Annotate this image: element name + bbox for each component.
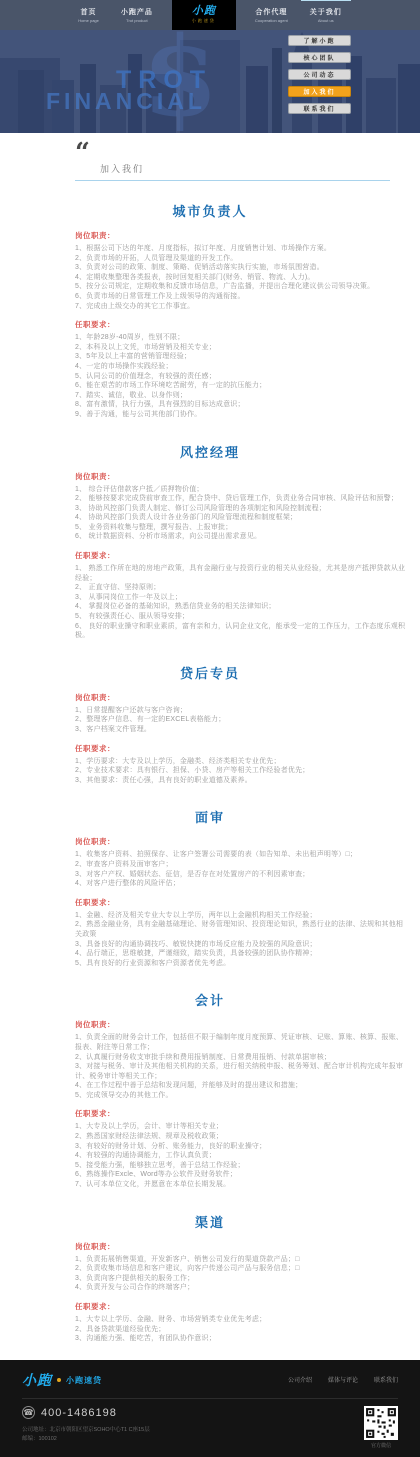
job-title: 风控经理 [0,442,420,461]
requirements-block: 任职要求：1、学历要求：大专及以上学历，金融类、经济类相关专业优先；2、专业技术… [75,743,408,786]
duties-heading: 岗位职责： [75,1019,408,1030]
requirements-item: 7、踏实、诚信，敬业、以身作则； [75,391,408,401]
requirements-item: 4、有较强的沟通协调能力，工作认真负责； [75,1151,408,1161]
requirements-item: 3、有较好的财务计划、分析、账务能力，良好的职业操守； [75,1142,408,1152]
qr-code-block: 官方微信 [364,1406,398,1449]
requirements-item: 2、本科及以上文凭，市场营销及相关专业； [75,343,408,353]
hero-menu-item-1[interactable]: 核心团队 [288,52,351,63]
duties-item: 1、 综合评估借款客户抵／质押物价值； [75,485,408,495]
nav-item-home[interactable]: 首页 Home page [75,5,102,25]
duties-item: 4、对客户进行整体的风险评估； [75,879,408,889]
qr-caption: 官方微信 [364,1442,398,1449]
page: 首页 Home page 小跑产品 Trot product 小跑 小跑速贷 合… [0,0,420,1457]
duties-item: 3、客户档案文件管理。 [75,725,408,735]
duties-item: 3、负责向客户提供相关的服务工作； [75,1274,408,1284]
hotline-number: 400-1486198 [41,1407,117,1419]
duties-item: 6、 统计数据资料、分析市场需求，向公司提出需求意见。 [75,532,408,542]
requirements-item: 4、一定的市场操作实践经验； [75,362,408,372]
nav-item-sublabel: Trot product [121,18,153,23]
nav-item-agents[interactable]: 合作代理 Cooperation agent [252,5,291,25]
requirements-item: 2、具备贷款渠道经验优先； [75,1325,408,1335]
hero-menu: 了解小跑核心团队公司动态加入我们联系我们 [288,35,351,114]
duties-item: 1、负责全面的财务会计工作，包括但不限于编制年度月度预算、凭证审核、记账、算账、… [75,1033,408,1052]
requirements-item: 1、金融、经济及相关专业大专以上学历，两年以上金融机构相关工作经验； [75,911,408,921]
duties-item: 2、 能够按要求完成贷前审查工作，配合贷中、贷后管理工作，负责业务合同审核、风险… [75,494,408,504]
requirements-item: 1、大专及以上学历，会计、审计等相关专业； [75,1122,408,1132]
duties-heading: 岗位职责： [75,1241,408,1252]
requirements-heading: 任职要求： [75,319,408,330]
nav-item-sublabel: About us [310,18,342,23]
footer-link-media[interactable]: 媒体与评论 [328,1375,358,1384]
nav-item-label: 关于我们 [310,7,342,17]
brand-logo-mark: 小跑 [192,6,216,17]
requirements-item: 3、具备良好的沟通协调技巧、敏锐快捷的市场反应能力及较强的风险意识； [75,940,408,950]
nav-item-sublabel: Cooperation agent [255,18,288,23]
requirements-item: 4、品行端正，思维敏捷，严谨细致，踏实负责，具备较强的团队协作精神； [75,949,408,959]
requirements-item: 3、其他要求：责任心强，具有良好的职业道德及素养。 [75,776,408,786]
brand-logo-word: 小跑速贷 [192,18,216,24]
duties-item: 1、日常提醒客户还款与客户咨询； [75,706,408,716]
address-line: 公司地址：北京市朝阳区望京SOHO中心T1 C座15层 [22,1426,150,1435]
duties-item: 1、根据公司下达的年度、月度指标，拟订年度、月度销售计划、市场操作方案。 [75,244,408,254]
hero-menu-item-3-active[interactable]: 加入我们 [288,86,351,97]
duties-block: 岗位职责：1、负责全面的财务会计工作，包括但不限于编制年度月度预算、凭证审核、记… [75,1019,408,1100]
main-content: “ 加入我们 城市负责人岗位职责：1、根据公司下达的年度、月度指标，拟订年度、月… [0,133,420,1360]
requirements-item: 5、接受能力强，能够独立思考，善于总结工作经验； [75,1161,408,1171]
duties-block: 岗位职责：1、负责拓展销售渠道，开发新客户、销售公司发行的渠道贷款产品；□2、负… [75,1241,408,1293]
requirements-item: 1、学历要求：大专及以上学历，金融类、经济类相关专业优先； [75,757,408,767]
duties-heading: 岗位职责： [75,471,408,482]
page-header: “ 加入我们 [75,146,390,181]
duties-item: 2、认真履行财务收支审批手续和费用报销制度、日常费用报销、付款单据审核； [75,1053,408,1063]
requirements-heading: 任职要求： [75,897,408,908]
footer-contact-block: ☎ 400-1486198 公司地址：北京市朝阳区望京SOHO中心T1 C座15… [22,1406,150,1444]
requirements-item: 9、善于沟通，能与公司其他部门协作。 [75,410,408,420]
hotline: ☎ 400-1486198 [22,1406,150,1419]
requirements-block: 任职要求：1、金融、经济及相关专业大专以上学历，两年以上金融机构相关工作经验；2… [75,897,408,969]
duties-block: 岗位职责：1、 综合评估借款客户抵／质押物价值；2、 能够按要求完成贷前审查工作… [75,471,408,543]
footer: 小跑 小跑速贷 公司介绍 媒体与评论 联系我们 ☎ 400-1486198 公司… [0,1360,420,1457]
footer-address: 公司地址：北京市朝阳区望京SOHO中心T1 C座15层 邮编：100102 [22,1426,150,1444]
duties-item: 1、负责拓展销售渠道，开发新客户、销售公司发行的渠道贷款产品；□ [75,1255,408,1265]
requirements-block: 任职要求：1、年龄28岁-40周岁，性别不限；2、本科及以上文凭，市场营销及相关… [75,319,408,419]
duties-item: 5、完成领导交办的其他工作。 [75,1091,408,1101]
hero-watermark-financial: FINANCIAL [46,88,206,115]
footer-logo[interactable]: 小跑 小跑速贷 [22,1370,102,1390]
duties-block: 岗位职责：1、日常提醒客户还款与客户咨询；2、整理客户信息、有一定的EXCEL表… [75,692,408,735]
hero-menu-item-0[interactable]: 了解小跑 [288,35,351,46]
nav-item-about-active[interactable]: 关于我们 About us [307,5,345,25]
requirements-item: 3、沟通能力强、能吃苦，有团队协作意识； [75,1334,408,1344]
requirements-item: 5、 有较强责任心、服从领导安排； [75,612,408,622]
page-title: 加入我们 [100,162,390,175]
requirements-block: 任职要求：1、大专及以上学历，会计、审计等相关专业；2、熟悉国家财经法律法规、规… [75,1108,408,1189]
requirements-item: 2、专业技术要求：具有银行、担保、小贷、房产等相关工作经验者优先； [75,766,408,776]
requirements-item: 4、 掌握岗位必备的基础知识，熟悉信贷业务的相关法律知识； [75,602,408,612]
requirements-item: 6、熟练操作Excle、Word等办公软件及财务软件； [75,1170,408,1180]
requirements-item: 1、 熟悉工作所在地的房地产政策，具有金融行业与投资行业的相关从业经验，尤其是房… [75,564,408,583]
job-section: 会计岗位职责：1、负责全面的财务会计工作，包括但不限于编制年度月度预算、凭证审核… [0,990,420,1189]
requirements-heading: 任职要求： [75,1301,408,1312]
duties-item: 4、定期收集整理各类报表，按时回复相关部门(财务、销管、物流、人力)。 [75,273,408,283]
job-sections: 城市负责人岗位职责：1、根据公司下达的年度、月度指标，拟订年度、月度销售计划、市… [0,201,420,1344]
duties-item: 4、在工作过程中善于总结和发现问题，并能够及时的提出建议和措施； [75,1081,408,1091]
duties-item: 2、整理客户信息、有一定的EXCEL表格能力； [75,715,408,725]
requirements-block: 任职要求：1、大专以上学历、金融、财务、市场营销类专业优先考虑；2、具备贷款渠道… [75,1301,408,1344]
job-section: 城市负责人岗位职责：1、根据公司下达的年度、月度指标，拟订年度、月度销售计划、市… [0,201,420,420]
job-title: 面审 [0,807,420,826]
duties-item: 5、 业务资料收集与整理，撰写报告、上报审批； [75,523,408,533]
duties-item: 6、负责市场的日常管理工作及上级领导的沟通衔接。 [75,292,408,302]
quote-icon: “ [75,146,390,160]
duties-heading: 岗位职责： [75,692,408,703]
duties-item: 5、按分公司规定，定期收集和反馈市场信息，广告监播，并提出合理化建议供公司领导决… [75,282,408,292]
job-section: 贷后专员岗位职责：1、日常提醒客户还款与客户咨询；2、整理客户信息、有一定的EX… [0,663,420,786]
hero-menu-item-2[interactable]: 公司动态 [288,69,351,80]
requirements-item: 2、 正直守信、坚持原则； [75,583,408,593]
duties-block: 岗位职责：1、根据公司下达的年度、月度指标，拟订年度、月度销售计划、市场操作方案… [75,230,408,311]
nav-item-label: 小跑产品 [121,7,153,17]
job-section: 风控经理岗位职责：1、 综合评估借款客户抵／质押物价值；2、 能够按要求完成贷前… [0,442,420,641]
footer-logo-mark: 小跑 [22,1370,52,1390]
job-title: 贷后专员 [0,663,420,682]
hero-banner: $ TROT FINANCIAL 了解小跑核心团队公司动态加入我们联系我们 [0,30,420,133]
job-section: 渠道岗位职责：1、负责拓展销售渠道，开发新客户、销售公司发行的渠道贷款产品；□2… [0,1212,420,1344]
job-title: 会计 [0,990,420,1009]
requirements-item: 8、富有激情，执行力强，具有强烈的目标达成意识； [75,400,408,410]
duties-item: 4、 协助风控部门负责人设计各业务部门的风险管理流程和制度框架； [75,513,408,523]
duties-item: 3、对客户产权、婚姻状态、征信，是否存在对处置房产的不利因素审查； [75,870,408,880]
requirements-item: 5、认同公司的价值理念，有较强的责任感； [75,372,408,382]
requirements-block: 任职要求：1、 熟悉工作所在地的房地产政策，具有金融行业与投资行业的相关从业经验… [75,550,408,641]
hero-menu-item-4[interactable]: 联系我们 [288,103,351,114]
requirements-item: 6、能在艰苦的市场工作环境吃苦耐劳，有一定的抗压能力； [75,381,408,391]
footer-links: 公司介绍 媒体与评论 联系我们 [288,1375,398,1384]
nav-item-label: 首页 [78,7,99,17]
requirements-item: 6、 良好的职业操守和职业素质，富有亲和力，认同企业文化，能承受一定的工作压力，… [75,622,408,641]
duties-item: 3、对接与税务、审计及其他相关机构的关系，进行相关纳税申报、税务筹划、配合审计机… [75,1062,408,1081]
nav-item-sublabel: Home page [78,18,99,23]
qr-code-image [364,1406,398,1440]
footer-link-contact[interactable]: 联系我们 [374,1375,398,1384]
requirements-item: 5、具有良好的行业资源和客户资源者优先考虑。 [75,959,408,969]
duties-item: 7、完成由上级交办的其它工作事宜。 [75,302,408,312]
duties-item: 2、负责收集市场信息和客户建议，向客户传递公司产品与服务信息；□ [75,1264,408,1274]
requirements-heading: 任职要求： [75,550,408,561]
requirements-item: 7、认可本单位文化，并愿意在本单位长期发展。 [75,1180,408,1190]
job-section: 面审岗位职责：1、收集客户资料、拍照保存、让客户签署公司需要的表（如告知单、未出… [0,807,420,968]
footer-link-company[interactable]: 公司介绍 [288,1375,312,1384]
requirements-item: 2、熟悉国家财经法律法规、规章及税收政策； [75,1132,408,1142]
duties-item: 2、审查客户资料及面审客户； [75,860,408,870]
requirements-heading: 任职要求： [75,1108,408,1119]
duties-heading: 岗位职责： [75,836,408,847]
requirements-item: 3、5年及以上丰富的营销管理经验； [75,352,408,362]
zipcode-line: 邮编：100102 [22,1435,150,1444]
duties-item: 3、 协助风控部门负责人制定、修订公司风险管理的各项制定和风险控制流程； [75,504,408,514]
job-title: 城市负责人 [0,201,420,220]
brand-logo[interactable]: 小跑 小跑速贷 [172,0,236,30]
job-title: 渠道 [0,1212,420,1231]
duties-item: 1、收集客户资料、拍照保存、让客户签署公司需要的表（如告知单、未出租声明等）□； [75,850,408,860]
duties-item: 4、负责开发与公司合作的终端客户； [75,1283,408,1293]
requirements-heading: 任职要求： [75,743,408,754]
phone-icon: ☎ [22,1406,35,1419]
requirements-item: 2、熟悉金融业务，具有金融基础理论、财务管理知识、投资理论知识，熟悉行业的法律、… [75,920,408,939]
nav-item-products[interactable]: 小跑产品 Trot product [118,5,156,25]
duties-heading: 岗位职责： [75,230,408,241]
nav-item-label: 合作代理 [255,7,288,17]
duties-block: 岗位职责：1、收集客户资料、拍照保存、让客户签署公司需要的表（如告知单、未出租声… [75,836,408,888]
duties-item: 3、负责对公司的政策、制度、策略、促销活动落实执行实施，市场氛围营造。 [75,263,408,273]
footer-logo-dot-icon [57,1378,61,1382]
footer-logo-word: 小跑速贷 [66,1375,102,1386]
footer-divider [22,1398,398,1399]
requirements-item: 1、年龄28岁-40周岁，性别不限； [75,333,408,343]
top-nav: 首页 Home page 小跑产品 Trot product 小跑 小跑速贷 合… [0,0,420,30]
duties-item: 2、负责市场的开拓，人员管理及渠道的开发工作。 [75,254,408,264]
requirements-item: 3、 从事同岗位工作一年及以上； [75,593,408,603]
requirements-item: 1、大专以上学历、金融、财务、市场营销类专业优先考虑； [75,1315,408,1325]
